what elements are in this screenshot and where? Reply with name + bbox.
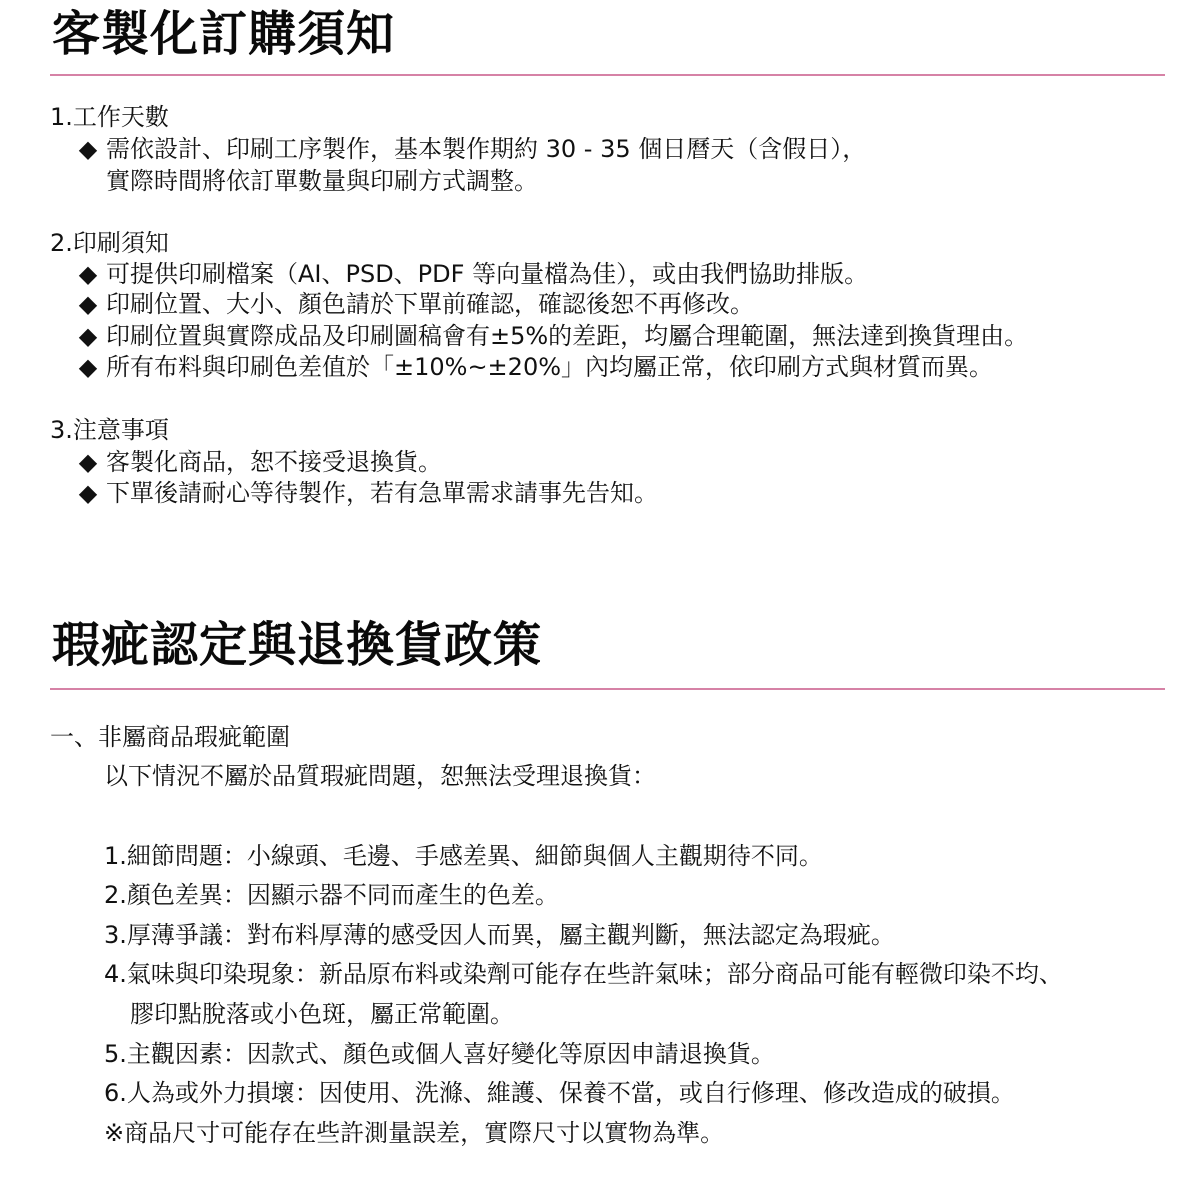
section-divider	[50, 688, 1165, 690]
bullet-text: 需依設計、印刷工序製作，基本製作期約 30 - 35 個日曆天（含假日），	[106, 135, 866, 163]
bullet-item: ◆印刷位置與實際成品及印刷圖稿會有±5%的差距，均屬合理範圍，無法達到換貨理由。	[76, 320, 1028, 352]
diamond-bullet-icon: ◆	[76, 446, 100, 478]
bullet-item: ◆客製化商品，恕不接受退換貨。	[76, 446, 442, 478]
bullet-text: 印刷位置、大小、顏色請於下單前確認，確認後恕不再修改。	[106, 290, 754, 318]
list-item: 1.細節問題：小線頭、毛邊、手感差異、細節與個人主觀期待不同。	[104, 840, 823, 872]
size-note: ※商品尺寸可能存在些許測量誤差，實際尺寸以實物為準。	[104, 1117, 724, 1149]
diamond-bullet-icon: ◆	[76, 477, 100, 509]
bullet-text: 下單後請耐心等待製作，若有急單需求請事先告知。	[106, 479, 658, 507]
bullet-text: 客製化商品，恕不接受退換貨。	[106, 448, 442, 476]
section-title-custom-order: 客製化訂購須知	[52, 4, 395, 64]
bullet-text: 印刷位置與實際成品及印刷圖稿會有±5%的差距，均屬合理範圍，無法達到換貨理由。	[106, 322, 1028, 350]
diamond-bullet-icon: ◆	[76, 351, 100, 383]
bullet-item: ◆可提供印刷檔案（AI、PSD、PDF 等向量檔為佳），或由我們協助排版。	[76, 258, 868, 290]
subheading-non-defect: 一、非屬商品瑕疵範圍	[50, 721, 290, 753]
list-item: 6.人為或外力損壞：因使用、洗滌、維護、保養不當，或自行修理、修改造成的破損。	[104, 1077, 1015, 1109]
bullet-item: ◆需依設計、印刷工序製作，基本製作期約 30 - 35 個日曆天（含假日），	[76, 133, 866, 165]
group-heading-working-days: 1.工作天數	[50, 101, 169, 133]
bullet-text: 可提供印刷檔案（AI、PSD、PDF 等向量檔為佳），或由我們協助排版。	[106, 260, 868, 288]
list-item-continuation: 膠印點脫落或小色斑，屬正常範圍。	[130, 998, 514, 1030]
bullet-item: ◆下單後請耐心等待製作，若有急單需求請事先告知。	[76, 477, 658, 509]
diamond-bullet-icon: ◆	[76, 288, 100, 320]
list-item: 5.主觀因素：因款式、顏色或個人喜好變化等原因申請退換貨。	[104, 1038, 775, 1070]
bullet-continuation: 實際時間將依訂單數量與印刷方式調整。	[106, 165, 538, 197]
list-item: 3.厚薄爭議：對布料厚薄的感受因人而異，屬主觀判斷，無法認定為瑕疵。	[104, 919, 895, 951]
group-heading-notes: 3.注意事項	[50, 414, 169, 446]
diamond-bullet-icon: ◆	[76, 258, 100, 290]
section-title-defect-policy: 瑕疵認定與退換貨政策	[52, 615, 542, 675]
diamond-bullet-icon: ◆	[76, 320, 100, 352]
diamond-bullet-icon: ◆	[76, 133, 100, 165]
list-item: 4.氣味與印染現象：新品原布料或染劑可能存在些許氣味；部分商品可能有輕微印染不均…	[104, 958, 1063, 990]
section-divider	[50, 74, 1165, 76]
bullet-item: ◆印刷位置、大小、顏色請於下單前確認，確認後恕不再修改。	[76, 288, 754, 320]
group-heading-printing: 2.印刷須知	[50, 227, 169, 259]
intro-text: 以下情況不屬於品質瑕疵問題，恕無法受理退換貨：	[104, 760, 656, 792]
bullet-item: ◆所有布料與印刷色差值於「±10%~±20%」內均屬正常，依印刷方式與材質而異。	[76, 351, 993, 383]
bullet-text: 所有布料與印刷色差值於「±10%~±20%」內均屬正常，依印刷方式與材質而異。	[106, 353, 993, 381]
list-item: 2.顏色差異：因顯示器不同而產生的色差。	[104, 879, 559, 911]
